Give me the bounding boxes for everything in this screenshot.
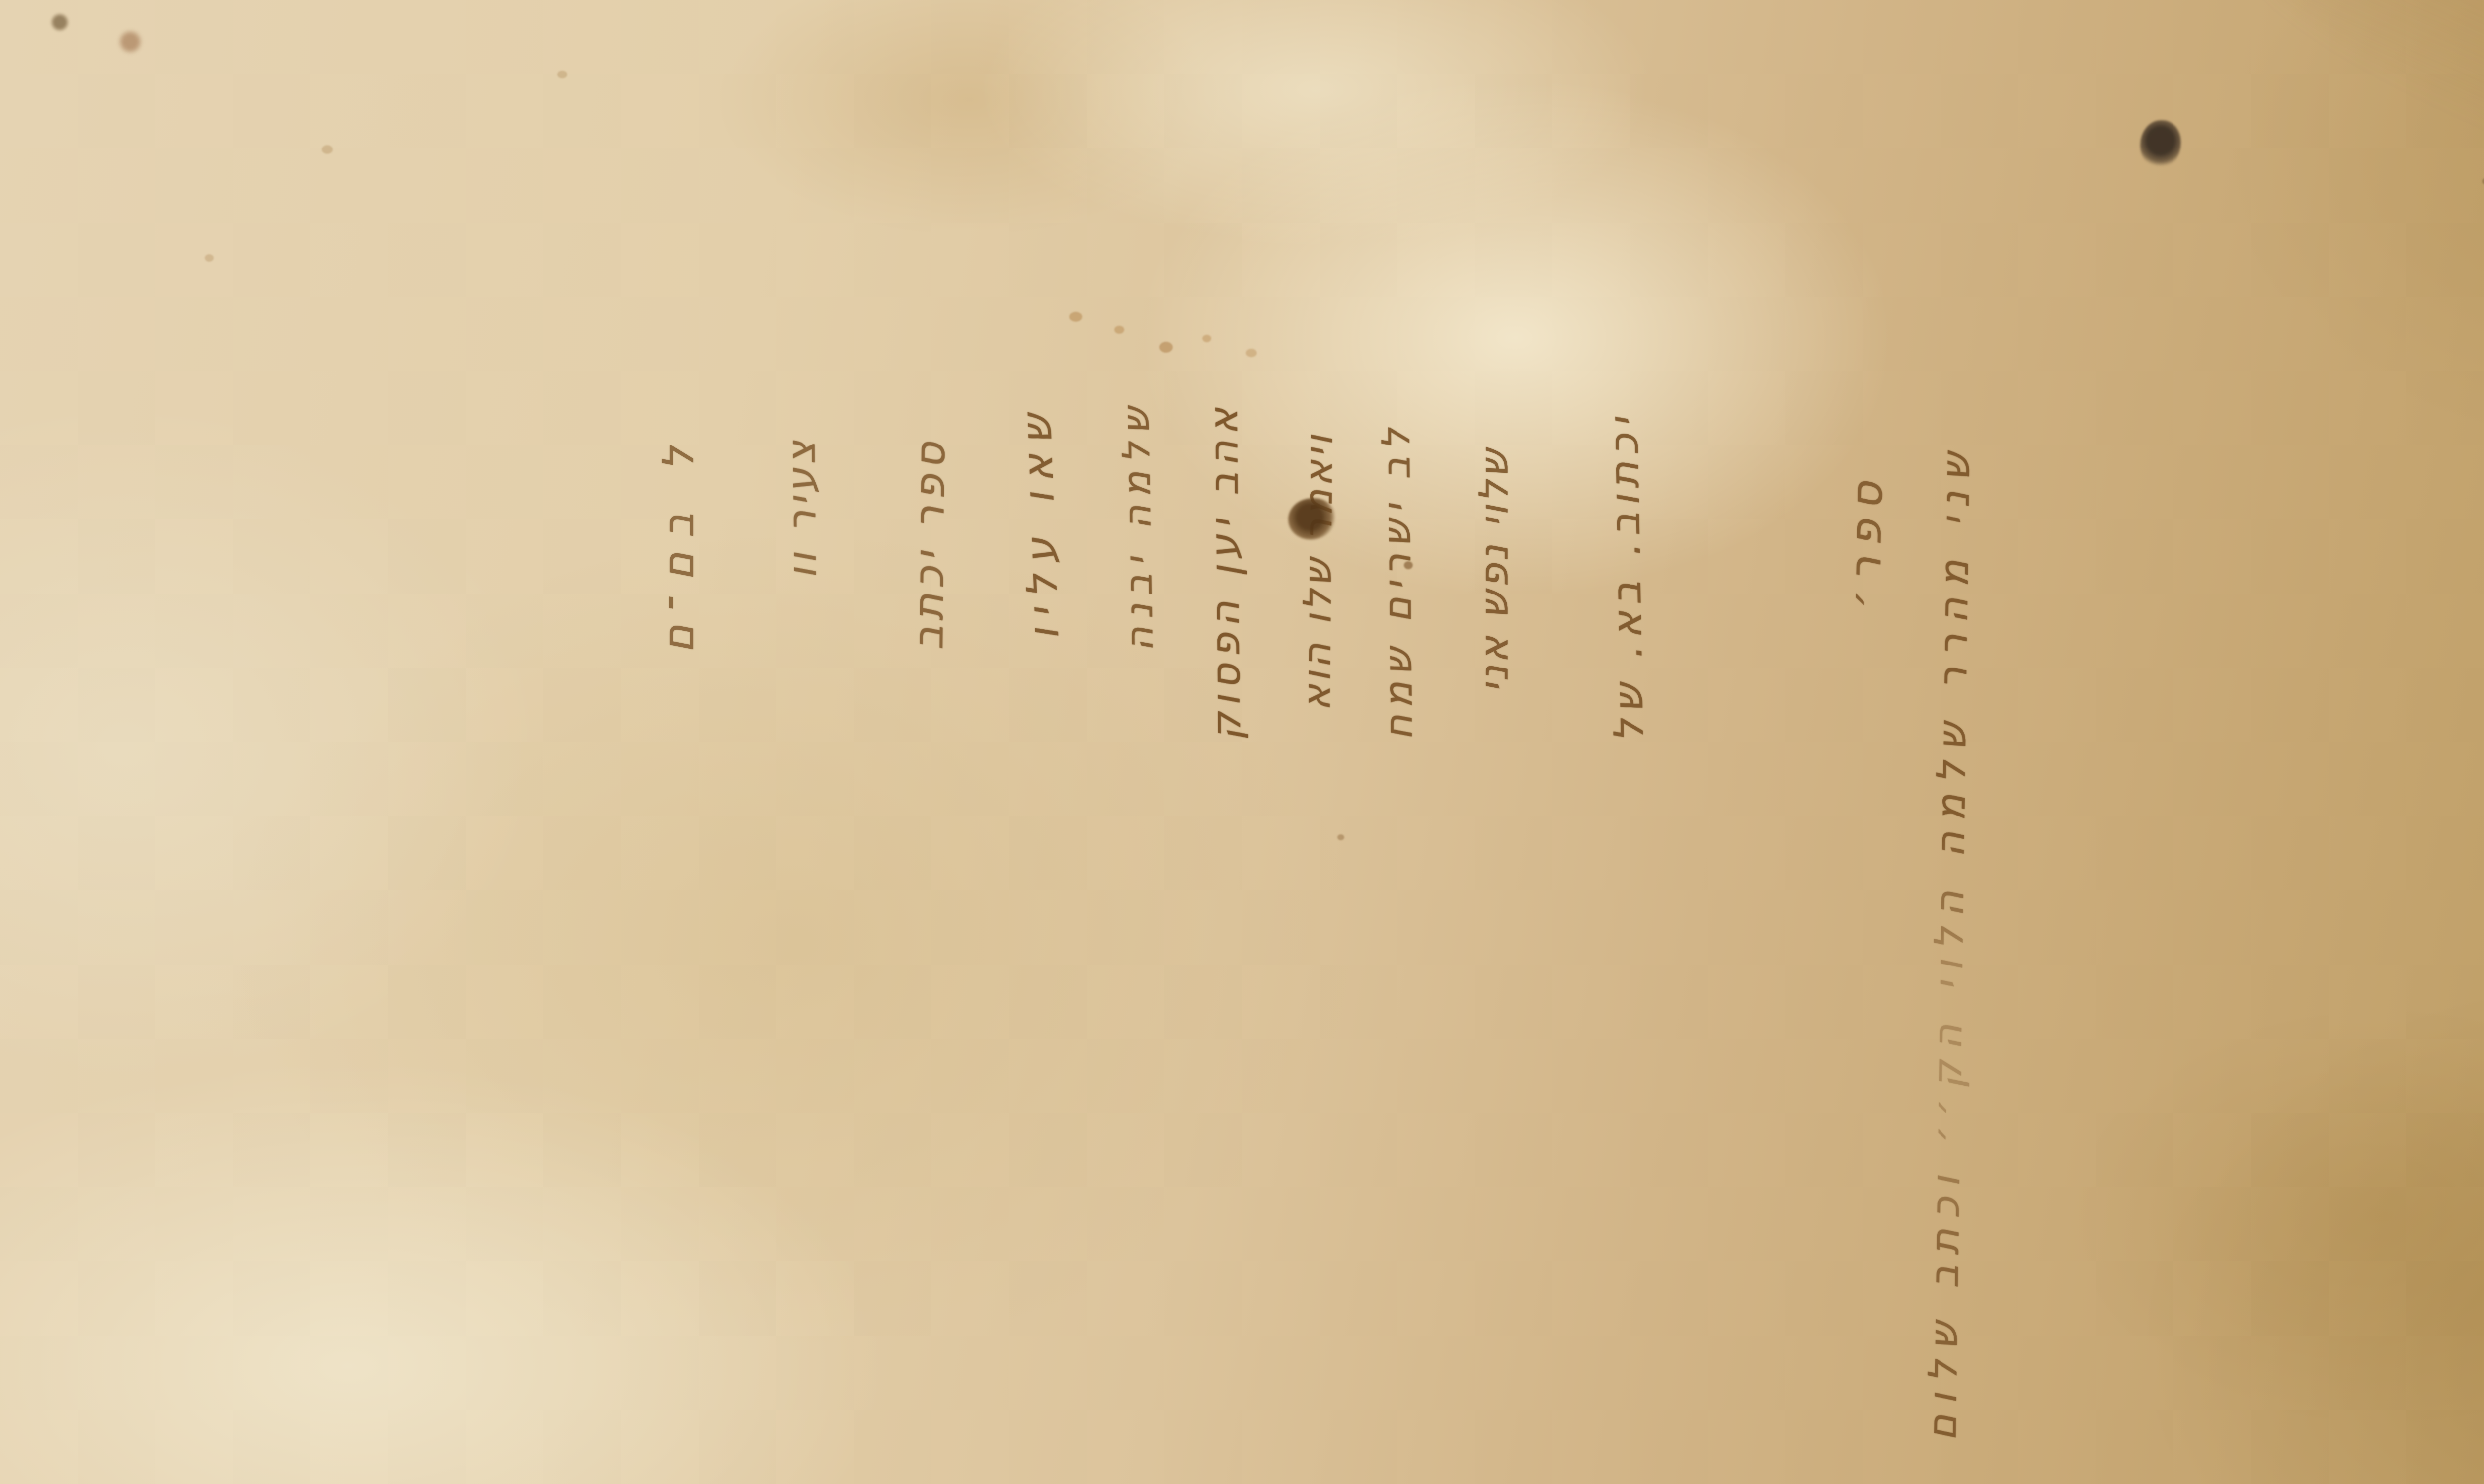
handwritten-line-11: ספר׳ <box>1839 472 1892 602</box>
stain-freckle <box>1159 342 1173 353</box>
stain-freckle <box>1246 349 1257 357</box>
stain-freckle <box>322 145 333 154</box>
handwritten-line-4: שאו עליו <box>1012 403 1069 663</box>
handwritten-line-3: ספר יכתב <box>904 437 954 651</box>
top-edge-smudge <box>117 30 143 54</box>
stain-freckle <box>205 254 214 262</box>
stain-freckle <box>1069 312 1082 322</box>
stain-freckle <box>1337 834 1344 840</box>
manuscript-photo: ל בם־ם צעיר וו ספר יכתב שאו עליו שלמה יב… <box>0 0 2484 1484</box>
handwritten-line-8: לב ישרים שמח <box>1375 422 1422 740</box>
handwritten-line-7: ויאמר שלו הוא <box>1295 432 1342 731</box>
stain-freckle <box>1404 561 1413 569</box>
stain-freckle <box>2482 178 2484 185</box>
handwritten-line-9: שלוי נפש אני <box>1472 447 1517 725</box>
shadow-streak <box>2230 0 2484 295</box>
stain-freckle <box>1114 326 1124 334</box>
handwritten-line-10: יכתוב. בא. של <box>1601 411 1654 770</box>
dark-ink-speck <box>2140 120 2181 169</box>
handwritten-line-1: ל בם־ם <box>654 432 703 651</box>
handwritten-line-6: אהב יען הפסוק <box>1201 402 1249 750</box>
stain-freckle <box>1202 335 1211 342</box>
stain-freckle <box>557 71 567 78</box>
corner-smudge <box>50 13 70 32</box>
handwritten-line-5: שלמה יבנה <box>1114 399 1162 648</box>
handwritten-line-long: שני מהרר שלמה הלוי הק׳׳ וכתב שלום <box>1919 442 1979 1471</box>
handwritten-line-2: צעיר וו <box>778 437 826 608</box>
